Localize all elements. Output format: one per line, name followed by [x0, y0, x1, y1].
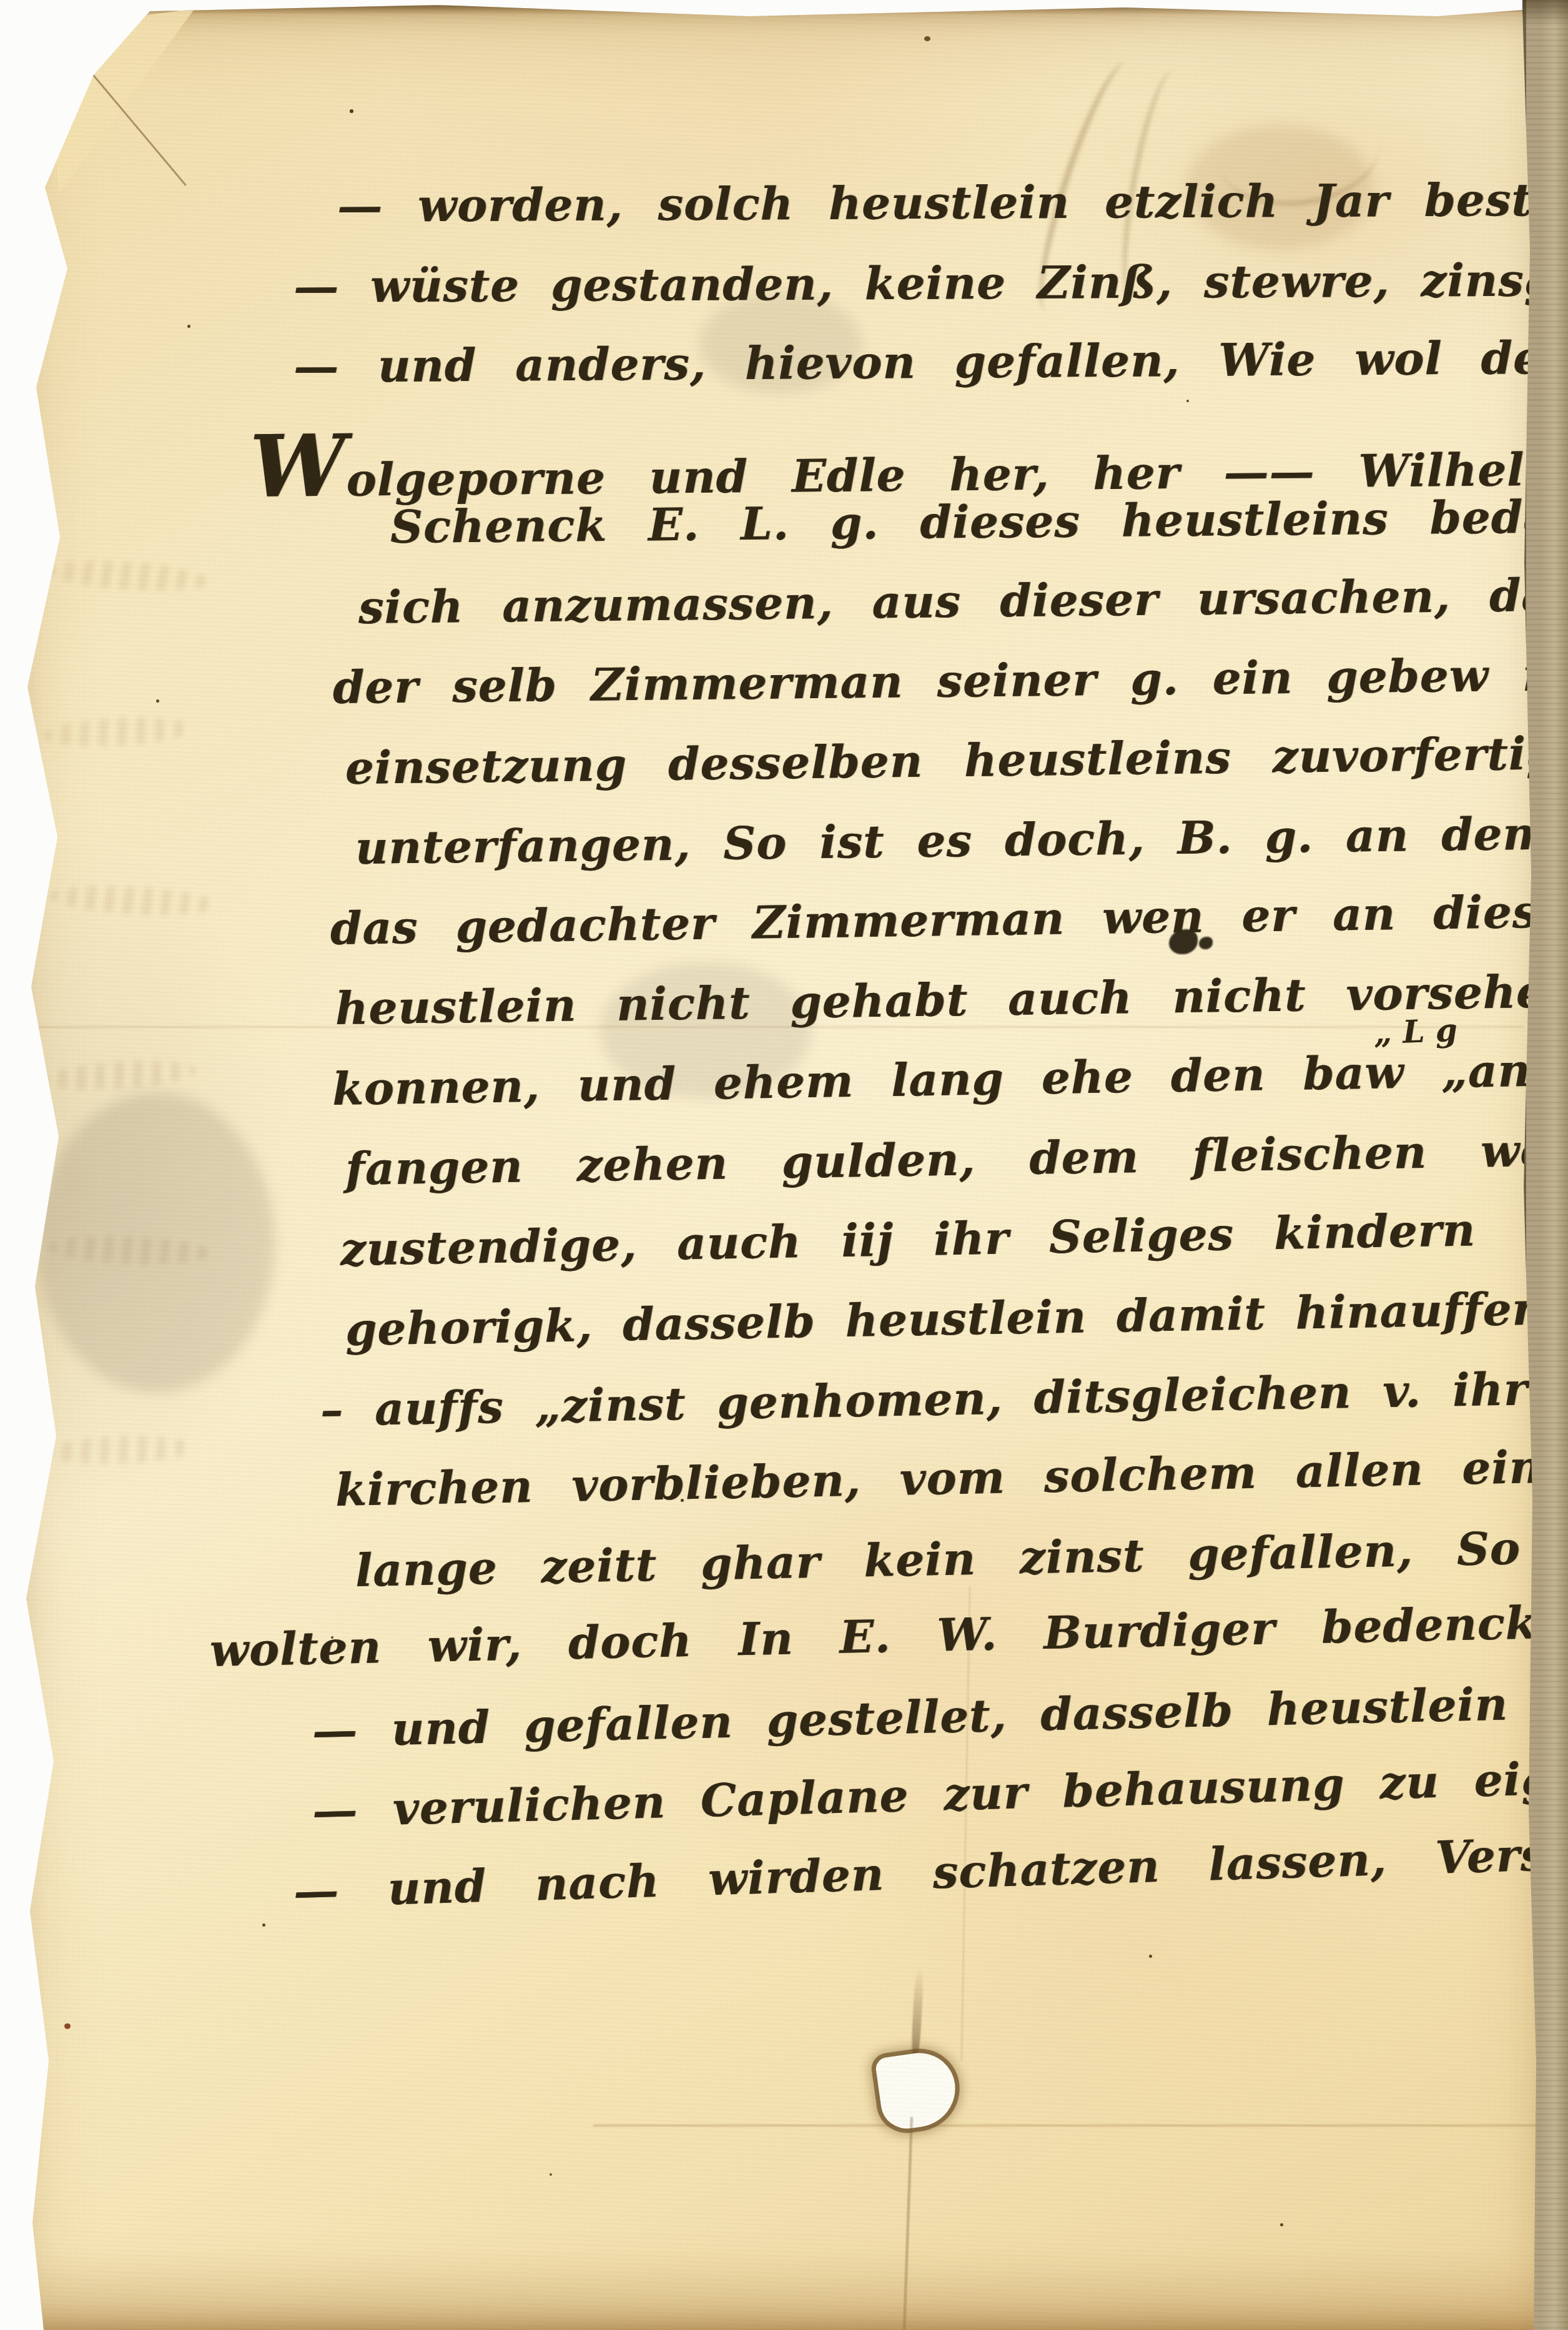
manuscript-line: unterfangen, So ist es doch, B. g. an de… — [355, 811, 1568, 871]
manuscript-line: zustendige, auch iij ihr Seliges kindern — [340, 1207, 1476, 1272]
manuscript-line: das gedachter Zimmerman wen er an diesem — [330, 888, 1568, 951]
manuscript-line: — und gefallen gestellet, dasselb heustl… — [312, 1678, 1568, 1754]
manuscript-line: wolten wir, doch In E. W. Burdiger beden… — [209, 1599, 1568, 1673]
showthrough-writing — [44, 1434, 195, 1466]
paper-tear-crease — [910, 1967, 924, 2061]
manuscript-line: — und nach wirden schatzen lassen, Vers — [293, 1832, 1547, 1914]
showthrough-writing — [40, 1056, 197, 1094]
fold-crease-horizontal — [593, 2125, 1536, 2126]
manuscript-line: lange zeitt ghar kein zinst gefallen, So — [355, 1526, 1521, 1593]
manuscript-line: konnen, und ehem lang ehe den baw „ange„ — [332, 1047, 1568, 1112]
manuscript-line: der selb Zimmerman seiner g. ein gebew m… — [333, 652, 1568, 710]
manuscript-line: Schenck E. L. g. dieses heustleins bedac… — [390, 494, 1568, 550]
manuscript-line: sich anzumassen, aus dieser ursachen, da… — [358, 573, 1568, 630]
manuscript-line: – auffs „zinst genhomen, ditsgleichen v.… — [320, 1365, 1568, 1433]
manuscript-line: fangen zehen gulden, dem fleischen wehen — [345, 1126, 1568, 1192]
book-binding-shadow — [1522, 0, 1568, 25]
manuscript-line: — verulichen Caplane zur behausung zu ei… — [312, 1753, 1568, 1834]
manuscript-page: — worden, solch heustlein etzlich Jar be… — [0, 0, 1568, 2330]
manuscript-line: kirchen vorblieben, vom solchem allen ei… — [335, 1444, 1568, 1513]
manuscript-line: gehorigk, dasselb heustlein damit hinauf… — [345, 1283, 1568, 1352]
manuscript-line: — und anders, hievon gefallen, Wie wol d… — [293, 335, 1567, 389]
showthrough-writing — [49, 882, 219, 919]
showthrough-writing — [43, 714, 194, 750]
showthrough-writing — [46, 556, 210, 595]
showthrough-writing — [48, 1233, 211, 1266]
graphite-smudge — [37, 1093, 275, 1393]
fold-crease-vertical — [903, 2117, 913, 2330]
interlinear-insertion: „ L g — [1373, 1012, 1458, 1052]
bottom-page-shadow — [37, 2248, 1534, 2330]
manuscript-line: — wüste gestanden, keine Zinß, stewre, z… — [293, 257, 1568, 309]
paper-tear-hole — [874, 2048, 960, 2132]
manuscript-line: — worden, solch heustlein etzlich Jar be… — [337, 177, 1568, 229]
manuscript-line: einsetzung desselben heustleins zuvorfer… — [345, 730, 1568, 791]
